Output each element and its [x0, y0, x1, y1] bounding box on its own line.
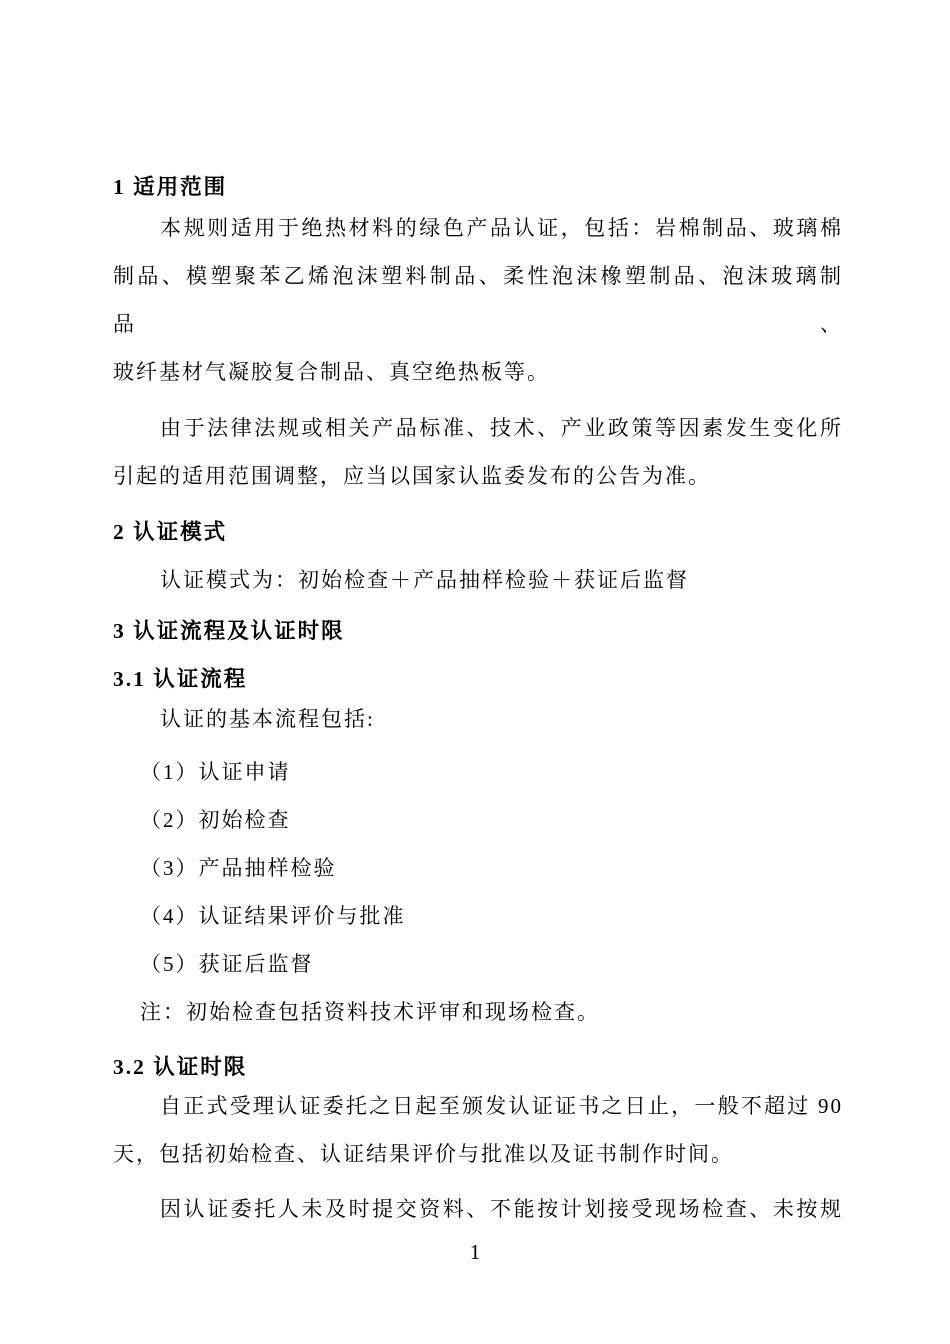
text-line: 因认证委托人未及时提交资料、不能按计划接受现场检查、未按规 — [113, 1185, 843, 1233]
text-line: 天，包括初始检查、认证结果评价与批准以及证书制作时间。 — [113, 1130, 843, 1178]
step-item-2: （2）初始检查 — [113, 796, 843, 844]
text-line: 本规则适用于绝热材料的绿色产品认证，包括：岩棉制品、玻璃棉 — [113, 204, 843, 252]
time-limit-paragraph: 自正式受理认证委托之日起至颁发认证证书之日止，一般不超过 90 天，包括初始检查… — [113, 1082, 843, 1178]
page-number: 1 — [0, 1242, 950, 1263]
step-item-5: （5）获证后监督 — [113, 940, 843, 988]
text-line: 自正式受理认证委托之日起至颁发认证证书之日止，一般不超过 90 — [113, 1082, 843, 1130]
text-line: 由于法律法规或相关产品标准、技术、产业政策等因素发生变化所 — [113, 404, 843, 452]
process-intro-line: 认证的基本流程包括: — [113, 695, 843, 743]
document-body: 1 适用范围 本规则适用于绝热材料的绿色产品认证，包括：岩棉制品、玻璃棉 制品、… — [0, 0, 843, 1233]
certification-mode-line: 认证模式为：初始检查＋产品抽样检验＋获证后监督 — [113, 556, 843, 604]
step-item-4: （4）认证结果评价与批准 — [113, 892, 843, 940]
document-page: 1 适用范围 本规则适用于绝热材料的绿色产品认证，包括：岩棉制品、玻璃棉 制品、… — [0, 0, 950, 1344]
note-line: 注：初始检查包括资料技术评审和现场检查。 — [113, 988, 843, 1036]
section-2-heading: 2 认证模式 — [113, 508, 843, 556]
delay-paragraph: 因认证委托人未及时提交资料、不能按计划接受现场检查、未按规 — [113, 1185, 843, 1233]
text-line: 引起的适用范围调整，应当以国家认监委发布的公告为准。 — [113, 452, 843, 500]
step-item-3: （3）产品抽样检验 — [113, 844, 843, 892]
text-line: 制品、模塑聚苯乙烯泡沫塑料制品、柔性泡沫橡塑制品、泡沫玻璃制品、 — [113, 252, 843, 348]
adjustment-paragraph: 由于法律法规或相关产品标准、技术、产业政策等因素发生变化所 引起的适用范围调整，… — [113, 404, 843, 500]
certification-steps-list: （1）认证申请 （2）初始检查 （3）产品抽样检验 （4）认证结果评价与批准 （… — [113, 748, 843, 988]
text-line: 玻纤基材气凝胶复合制品、真空绝热板等。 — [113, 348, 843, 396]
section-3-heading: 3 认证流程及认证时限 — [113, 607, 843, 655]
step-item-1: （1）认证申请 — [113, 748, 843, 796]
scope-paragraph: 本规则适用于绝热材料的绿色产品认证，包括：岩棉制品、玻璃棉 制品、模塑聚苯乙烯泡… — [113, 204, 843, 396]
